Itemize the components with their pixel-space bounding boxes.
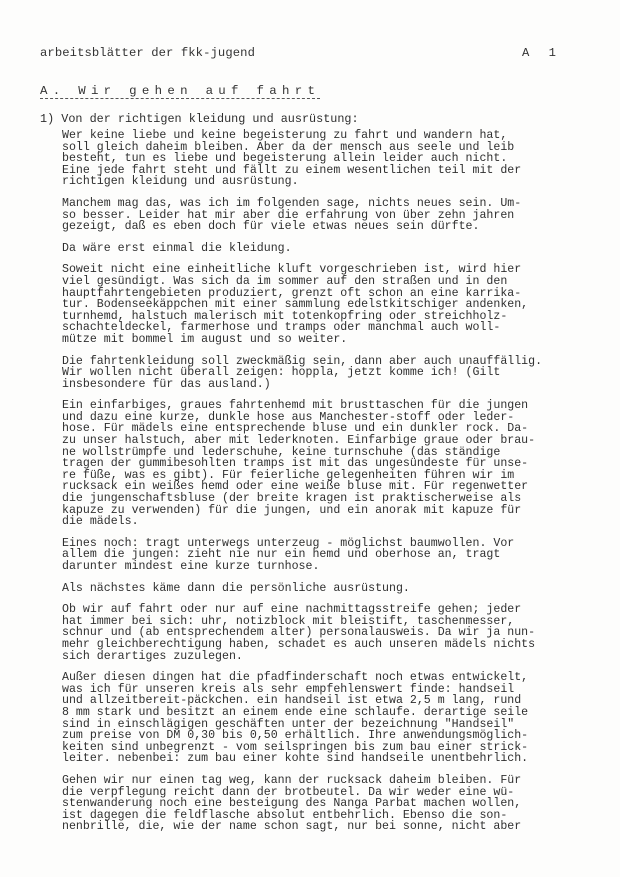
text-line: nenbrille, die, wie der name schon sagt,… (62, 821, 620, 833)
text-line: Außer diesen dingen hat die pfadfindersc… (62, 672, 620, 684)
page-code: A 1 (522, 46, 562, 60)
text-line: leiter. nebenbei: zum bau einer kohte si… (62, 753, 620, 765)
text-line: insbesondere für das ausland.) (62, 379, 620, 391)
text-line: 8 mm stark und besitzt an einem ende ein… (62, 707, 620, 719)
text-line: gezeigt, daß es eben doch für viele etwa… (62, 221, 620, 233)
text-line: Wer keine liebe und keine begeisterung z… (62, 130, 620, 142)
text-line: mütze mit bommel im august und so weiter… (62, 334, 620, 346)
text-line: sich derartiges zuzulegen. (62, 651, 620, 663)
text-line: stenwanderung noch eine besteigung des N… (62, 798, 620, 810)
subsection-number: 1) (40, 112, 54, 126)
text-line: kapuze zu verwenden) für die jungen, und… (62, 505, 620, 517)
paragraph-10: Außer diesen dingen hat die pfadfindersc… (62, 672, 620, 765)
text-line: die mädels. (62, 516, 620, 528)
paragraph-2: Manchem mag das, was ich im folgenden sa… (62, 198, 620, 233)
text-line: Als nächstes käme dann die persönliche a… (62, 583, 620, 595)
document-header-title: arbeitsblätter der fkk-jugend (40, 46, 255, 60)
paragraph-3: Da wäre erst einmal die kleidung. (62, 243, 620, 255)
paragraph-1: Wer keine liebe und keine begeisterung z… (62, 130, 620, 188)
paragraph-4: Soweit nicht eine einheitliche kluft vor… (62, 264, 620, 345)
text-line: Da wäre erst einmal die kleidung. (62, 243, 620, 255)
text-line: viel gesündigt. Was sich da im sommer au… (62, 276, 620, 288)
subsection-heading: 1) Von der richtigen kleidung und ausrüs… (40, 112, 359, 126)
subsection-heading-text: Von der richtigen kleidung und ausrüstun… (61, 112, 358, 126)
paragraph-6: Ein einfarbiges, graues fahrtenhemd mit … (62, 400, 620, 528)
paragraph-8: Als nächstes käme dann die persönliche a… (62, 583, 620, 595)
text-line: mehr gleichberechtigung haben, schadet e… (62, 639, 620, 651)
text-line: Gehen wir nur einen tag weg, kann der ru… (62, 775, 620, 787)
text-line: darunter mindest eine kurze turnhose. (62, 561, 620, 573)
paragraph-5: Die fahrtenkleidung soll zweckmäßig sein… (62, 356, 620, 391)
section-title: A. Wir gehen auf fahrt (40, 84, 320, 99)
text-line: zum preise von DM 0,30 bis 0,50 erhältli… (62, 730, 620, 742)
text-line: Manchem mag das, was ich im folgenden sa… (62, 198, 620, 210)
document-page: arbeitsblätter der fkk-jugend A 1 A. Wir… (0, 0, 620, 877)
text-line: richtigen kleidung und ausrüstung. (62, 176, 620, 188)
paragraph-9: Ob wir auf fahrt oder nur auf eine nachm… (62, 604, 620, 662)
text-line: die jungenschaftsbluse (der breite krage… (62, 493, 620, 505)
body-text: Wer keine liebe und keine begeisterung z… (62, 130, 620, 843)
text-line: Wir wollen nicht überall zeigen: hoppla,… (62, 367, 620, 379)
text-line: tur. Bodenseekäppchen mit einer sammlung… (62, 299, 620, 311)
paragraph-11: Gehen wir nur einen tag weg, kann der ru… (62, 775, 620, 833)
paragraph-7: Eines noch: tragt unterwegs unterzeug - … (62, 538, 620, 573)
text-line: zu unser halstuch, aber mit lederknoten.… (62, 435, 620, 447)
